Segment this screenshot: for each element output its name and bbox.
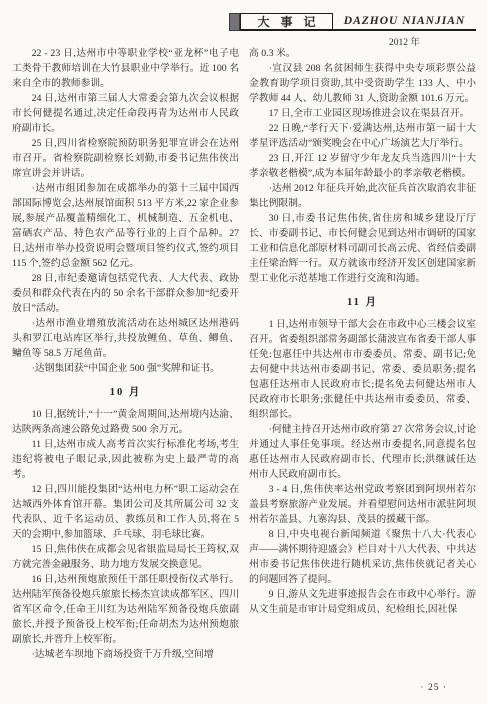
paragraph: 8 日,中央电视台新闻频道《聚焦十八大·代表心声——满怀期待迎盛会》栏目对十八大…	[249, 527, 476, 587]
paragraph: 9 日,游从文先进事迹报告会在市政中心举行。游从文生前是市审计局党组成员、纪检组…	[249, 587, 476, 617]
paragraph: 12 日,四川能投集团“达州电力杯”职工运动会在达城西外体育馆开幕。集团公司及其…	[12, 482, 239, 542]
paragraph: 11 日,达州市成人高考首次实行标准化考场,考生违纪将被电子眼记录,因此被称为史…	[12, 437, 239, 482]
paragraph: ·达州市渔业增殖放流活动在达州城区达州港码头和罗江电站库区举行,共投放鲤鱼、草鱼…	[12, 316, 239, 361]
paragraph: ·宣汉县 208 名贫困师生获得中央专项彩票公益金教育助学项目资助,其中受资助学…	[249, 61, 476, 106]
paragraph: 16 日,达州预炮旅预任干部任职授衔仪式举行。达州陆军预备役炮兵旅旅长杨杰宣读成…	[12, 572, 239, 647]
month-heading-october: 10 月	[12, 384, 239, 399]
section-title: 大 事 记	[257, 13, 319, 30]
section-title-box: 大 事 记	[240, 13, 333, 31]
paragraph: 30 日,市委书记焦伟侠,省住房和城乡建设厅厅长、市委副书记、市长何健会见到达州…	[249, 211, 476, 286]
yearbook-page: 大 事 记 DAZHOU NIANJIAN 2012 年 22 - 23 日,达…	[0, 0, 487, 704]
book-title-area: DAZHOU NIANJIAN	[333, 13, 476, 31]
left-column: 22 - 23 日,达州市中等职业学校“亚龙杯”电子电工类骨干教师培训在大竹县职…	[12, 46, 239, 662]
header-square-decoration	[229, 13, 240, 31]
book-title: DAZHOU NIANJIAN	[344, 15, 465, 27]
paragraph: 22 日晚,“孝行天下·爱满达州,达州市第一届十大孝星评选活动”颁奖晚会在中心广…	[249, 121, 476, 151]
page-number: · 25 ·	[420, 683, 447, 693]
paragraph: 25 日,四川省检察院预防职务犯罪宣讲会在达州市召开。省检察院副检察长刘勤,市委…	[12, 136, 239, 181]
month-heading-november: 11 月	[249, 294, 476, 309]
paragraph: 28 日,市纪委邀请包括党代表、人大代表、政协委员和群众代表在内的 50 余名干…	[12, 271, 239, 316]
paragraph: 17 日,全市工业园区现场推进会议在渠县召开。	[249, 106, 476, 121]
paragraph: 23 日,开江 12 岁留守少年龙友兵当选四川“十大孝亲敬老楷模”,成为本届年龄…	[249, 151, 476, 181]
paragraph: ·何健主持召开达州市政府第 27 次常务会议,讨论并通过人事任免事项。经达州市委…	[249, 422, 476, 482]
paragraph: ·达州市组团参加在成都举办的第十三届中国西部国际博览会,达州展馆面积 513 平…	[12, 181, 239, 271]
paragraph: ·达州 2012 年征兵开始,此次征兵首次取消农非征集比例限制。	[249, 181, 476, 211]
paragraph: 24 日,达州市第三届人大常委会第九次会议根据市长何健提名通过,决定任命段再青为…	[12, 91, 239, 136]
paragraph: 3 - 4 日,焦伟侠率达州党政考察团到阿坝州若尔盖县考察旅游产业发展。并看望慰…	[249, 482, 476, 527]
header-row: 大 事 记 DAZHOU NIANJIAN	[229, 13, 476, 31]
page-header: 大 事 记 DAZHOU NIANJIAN 2012 年	[229, 13, 476, 48]
paragraph: ·达城老车坝地下商场投资千万升级,空间增	[12, 647, 239, 662]
paragraph: 15 日,焦伟侠在成都会见省银监局局长王筠权,双方就完善金融服务、助力地方发展交…	[12, 542, 239, 572]
paragraph: ·达钢集团获“中国企业 500 强”奖牌和证书。	[12, 361, 239, 376]
paragraph: 22 - 23 日,达州市中等职业学校“亚龙杯”电子电工类骨干教师培训在大竹县职…	[12, 46, 239, 91]
paragraph: 10 日,据统计,“十一”黄金周期间,达州境内达渝、达陕两条高速公路免过路费 5…	[12, 407, 239, 437]
paragraph-continuation: 高 0.3 米。	[249, 46, 476, 61]
right-column: 高 0.3 米。 ·宣汉县 208 名贫困师生获得中央专项彩票公益金教育助学项目…	[249, 46, 476, 617]
paragraph: 1 日,达州市领导干部大会在市政中心三楼会议室召开。省委组织部常务副部长蒲波宣布…	[249, 317, 476, 422]
